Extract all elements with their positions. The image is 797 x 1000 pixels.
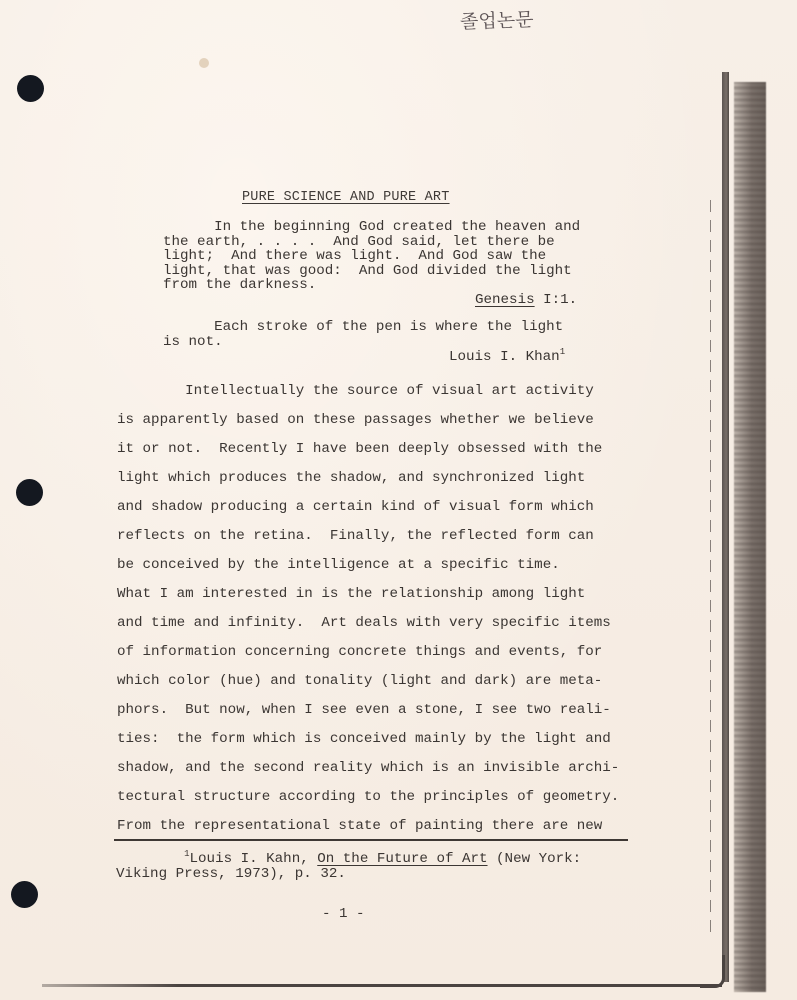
body-line: ties: the form which is conceived mainly… — [117, 731, 611, 747]
body-line: which color (hue) and tonality (light an… — [117, 673, 602, 689]
page-number: - 1 - — [322, 906, 365, 922]
binding-edge-speckle — [734, 82, 766, 992]
citation-ref: I:1. — [535, 292, 578, 308]
body-line: be conceived by the intelligence at a sp… — [117, 557, 560, 573]
epigraph-genesis: In the beginning God created the heaven … — [163, 220, 580, 293]
body-line: shadow, and the second reality which is … — [117, 760, 619, 776]
handwritten-margin-note: 졸업논문 — [460, 5, 534, 35]
bottom-page-edge — [42, 984, 722, 987]
epigraph-line: is not. — [163, 334, 223, 350]
body-line: reflects on the retina. Finally, the ref… — [117, 528, 594, 544]
document-page: 졸업논문 PURE SCIENCE AND PURE ART In the be… — [0, 0, 797, 1000]
epigraph-line: from the darkness. — [163, 277, 316, 293]
body-line: Intellectually the source of visual art … — [117, 383, 594, 399]
epigraph-citation-genesis: Genesis I:1. — [475, 292, 577, 308]
body-line: of information concerning concrete thing… — [117, 644, 602, 660]
epigraph-line: Each stroke of the pen is where the ligh… — [163, 319, 563, 335]
body-line: phors. But now, when I see even a stone,… — [117, 702, 611, 718]
body-line: is apparently based on these passages wh… — [117, 412, 594, 428]
citation-author: Louis I. Khan — [449, 349, 560, 365]
body-line: tectural structure according to the prin… — [117, 789, 619, 805]
body-line: and time and infinity. Art deals with ve… — [117, 615, 611, 631]
body-paragraph: Intellectually the source of visual art … — [117, 377, 619, 841]
page-corner-curl — [700, 955, 725, 988]
binding-edge-shadow — [722, 72, 729, 982]
footnote-marker: 1 — [560, 347, 565, 357]
footnote-line-2: Viking Press, 1973), p. 32. — [116, 866, 346, 882]
binding-edge-line — [710, 200, 711, 940]
body-line: and shadow producing a certain kind of v… — [117, 499, 594, 515]
epigraph-citation-kahn: Louis I. Khan1 — [449, 349, 565, 365]
punch-hole-icon — [11, 881, 38, 908]
document-title: PURE SCIENCE AND PURE ART — [242, 190, 450, 205]
footnote: 1Louis I. Kahn, On the Future of Art (Ne… — [116, 852, 581, 881]
punch-hole-icon — [17, 75, 44, 102]
body-line: What I am interested in is the relations… — [117, 586, 585, 602]
body-line: light which produces the shadow, and syn… — [117, 470, 585, 486]
footnote-publisher: (New York: — [488, 851, 582, 867]
body-line: it or not. Recently I have been deeply o… — [117, 441, 602, 457]
body-line: From the representational state of paint… — [117, 818, 602, 834]
punch-hole-icon — [16, 479, 43, 506]
epigraph-kahn: Each stroke of the pen is where the ligh… — [163, 320, 563, 349]
footnote-divider — [114, 839, 628, 841]
paper-smudge — [199, 58, 209, 68]
citation-title: Genesis — [475, 292, 535, 308]
